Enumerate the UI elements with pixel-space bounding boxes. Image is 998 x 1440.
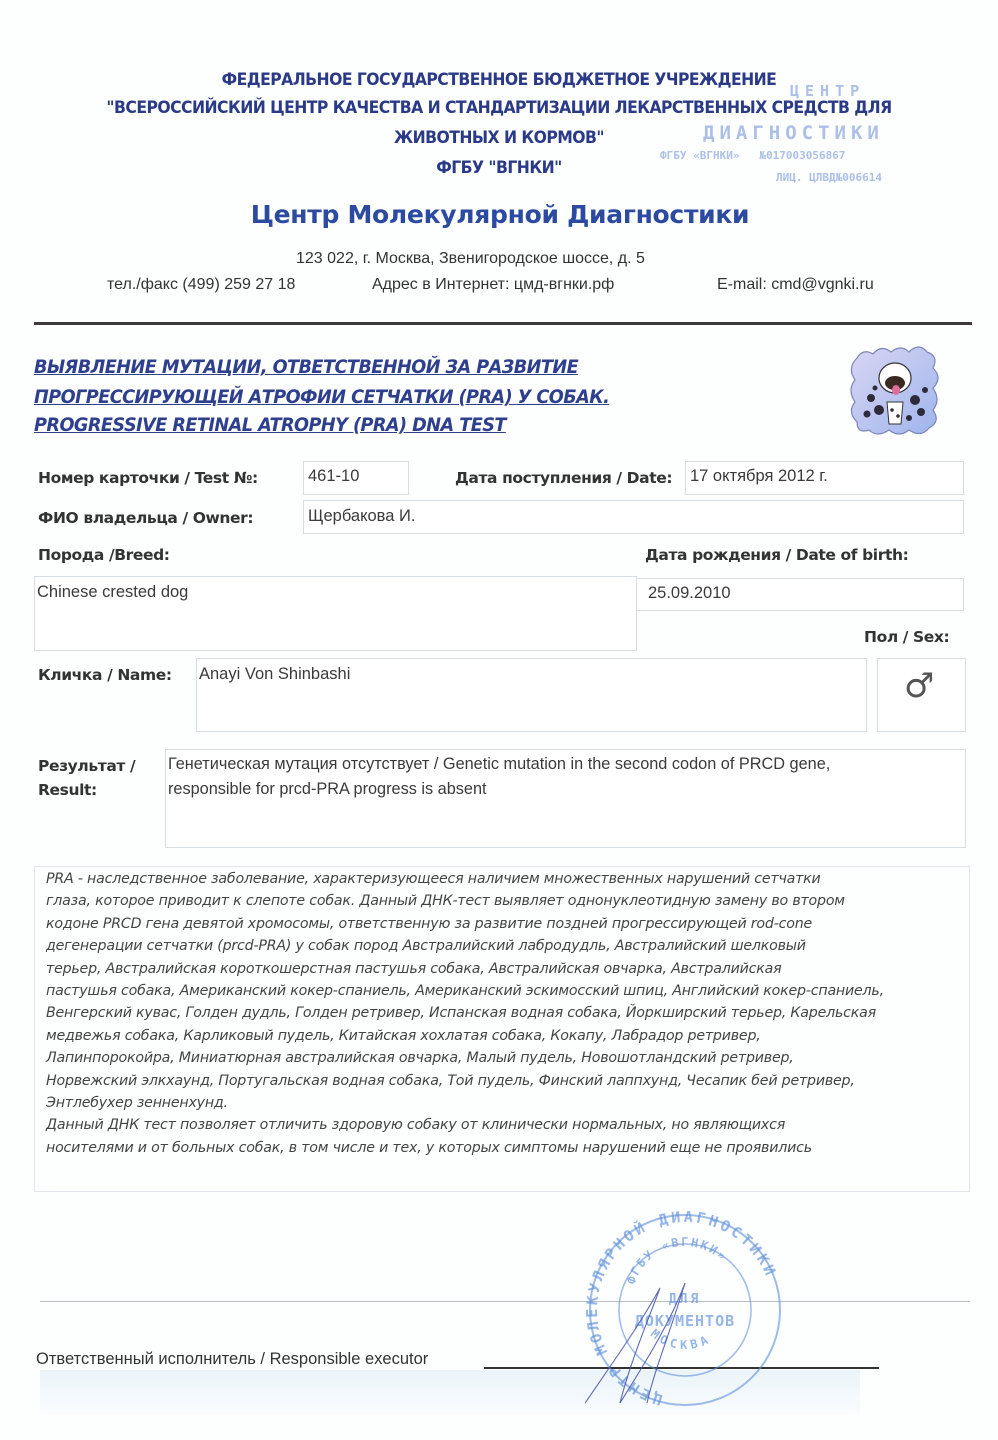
bottom-divider — [40, 1301, 970, 1302]
phone: тел./факс (499) 259 27 18 — [107, 276, 295, 294]
owner-label: ФИО владельца / Owner: — [38, 509, 253, 527]
dalmatian-logo-icon — [845, 340, 945, 440]
description-line: носителями и от больных собак, в том чис… — [46, 1137, 971, 1159]
dob-label: Дата рождения / Date of birth: — [645, 546, 908, 564]
email[interactable]: E-mail: cmd@vgnki.ru — [717, 276, 874, 294]
test-number-label: Номер карточки / Test №: — [38, 469, 258, 487]
center-name: Центр Молекулярной Диагностики — [0, 200, 998, 229]
signature-label: Ответственный исполнитель / Responsible … — [36, 1350, 428, 1369]
description-text: PRA - наследственное заболевание, характ… — [46, 868, 971, 1159]
owner-value: Щербакова И. — [308, 507, 415, 526]
date-received-label: Дата поступления / Date: — [455, 469, 672, 487]
breed-label: Порода /Breed: — [38, 546, 170, 564]
description-line: Энтлебухер зенненхунд. — [46, 1092, 971, 1114]
svg-text:ФГБУ «ВГНКИ»: ФГБУ «ВГНКИ» — [624, 1235, 730, 1286]
header-divider — [34, 322, 972, 325]
description-line: пастушья собака, Американский кокер-спан… — [46, 980, 971, 1002]
result-line-1: Генетическая мутация отсутствует / Genet… — [168, 755, 830, 774]
svg-text:ДЛЯ: ДЛЯ — [669, 1292, 701, 1307]
description-line: дегенерации сетчатки (prcd-PRA) у собак … — [46, 935, 971, 957]
test-number-value: 461-10 — [308, 467, 359, 486]
stamp-line-4: ЛИЦ. ЦЛВД№006614 — [776, 171, 882, 184]
round-seal-icon: ЦЕНТР МОЛЕКУЛЯРНОЙ ДИАГНОСТИКИ ФГБУ «ВГН… — [585, 1203, 785, 1418]
description-line: PRA - наследственное заболевание, характ… — [46, 868, 971, 890]
description-line: медвежья собака, Карликовый пудель, Кита… — [46, 1025, 971, 1047]
org-name-line-2: "ВСЕРОССИЙСКИЙ ЦЕНТР КАЧЕСТВА И СТАНДАРТ… — [40, 98, 958, 118]
description-line: Норвежский элкхаунд, Португальская водна… — [46, 1070, 971, 1092]
description-line: глаза, которое приводит к слепоте собак.… — [46, 890, 971, 912]
description-line: Венгерский кувас, Голден дудль, Голден р… — [46, 1002, 971, 1024]
description-line: Лапинпорокойра, Миниатюрная австралийска… — [46, 1047, 971, 1069]
description-line: терьер, Австралийская короткошерстная па… — [46, 958, 971, 980]
male-symbol-icon: ♂ — [904, 666, 934, 706]
result-line-2: responsible for prcd-PRA progress is abs… — [168, 780, 487, 799]
sex-label: Пол / Sex: — [864, 628, 949, 646]
name-value: Anayi Von Shinbashi — [199, 665, 350, 684]
date-received-value: 17 октября 2012 г. — [690, 467, 828, 486]
test-title-line-1: ВЫЯВЛЕНИЕ МУТАЦИИ, ОТВЕТСТВЕННОЙ ЗА РАЗВ… — [34, 356, 578, 378]
test-title-line-2: ПРОГРЕССИРУЮЩЕЙ АТРОФИИ СЕТЧАТКИ (PRA) У… — [34, 386, 609, 408]
test-title-line-3: PROGRESSIVE RETINAL ATROPHY (PRA) DNA TE… — [34, 414, 506, 436]
breed-value: Chinese crested dog — [37, 583, 188, 602]
name-label: Кличка / Name: — [38, 666, 172, 684]
result-label-ru: Результат / — [38, 757, 135, 775]
description-line: Данный ДНК тест позволяет отличить здоро… — [46, 1114, 971, 1136]
stamp-line-3: ФГБУ «ВГНКИ» №017003056867 — [660, 149, 845, 162]
website[interactable]: Адрес в Интернет: цмд-вгнки.рф — [372, 276, 614, 294]
result-label-en: Result: — [38, 781, 97, 799]
stamp-line-1: ЦЕНТР — [790, 82, 865, 100]
dob-value: 25.09.2010 — [648, 584, 731, 603]
description-line: кодоне PRCD гена девятой хромосомы, отве… — [46, 913, 971, 935]
stamp-line-2: ДИАГНОСТИКИ — [703, 122, 884, 144]
address: 123 022, г. Москва, Звенигородское шоссе… — [296, 250, 645, 268]
